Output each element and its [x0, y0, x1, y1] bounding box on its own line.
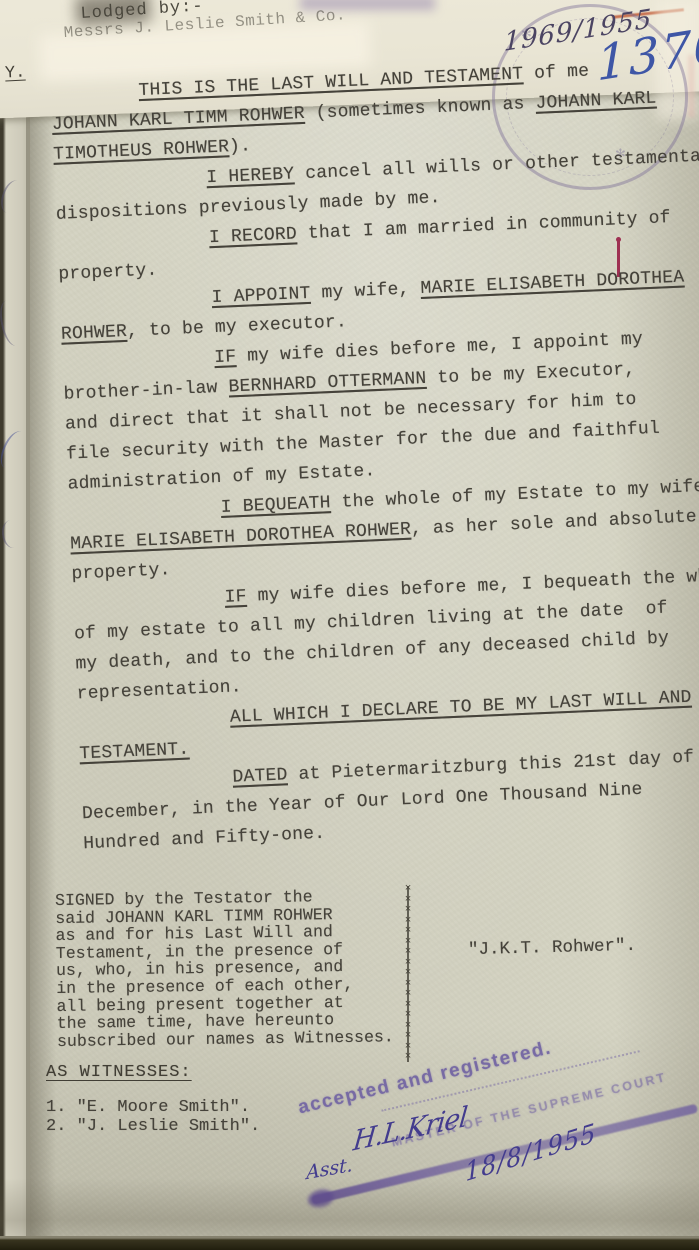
typed-text: ).: [229, 136, 252, 157]
underlined-phrase: ROHWER: [61, 322, 128, 345]
margin-text-fragment: Y.: [5, 63, 26, 83]
typed-text: Hundred and Fifty-one.: [83, 824, 326, 855]
chain-stitch-glyph: ×: [402, 884, 414, 895]
chain-stitch-glyph: ×: [402, 979, 414, 990]
typed-text: of me: [523, 61, 590, 84]
underlined-phrase: JOHANN KARL: [535, 89, 657, 114]
underlined-phrase: JOHANN KARL TIMM ROHWER: [52, 104, 306, 135]
underlined-phrase: I RECORD: [209, 224, 298, 248]
underlined-phrase: I BEQUEATH: [220, 493, 331, 518]
typed-text: my wife,: [310, 279, 421, 304]
chain-stitch-glyph: ×: [402, 968, 414, 979]
witnesses-list: 1. "E. Moore Smith".2. "J. Leslie Smith"…: [46, 1098, 260, 1136]
chain-stitch-glyph: ×: [402, 958, 414, 969]
scanned-will-page: Lodged by:- Messrs J. Leslie Smith & Co.…: [0, 0, 699, 1250]
chain-stitch-glyph: ×: [402, 947, 414, 958]
typed-text: (sometimes known as: [304, 94, 536, 124]
chain-stitch-glyph: ×: [402, 1021, 414, 1032]
page-fold-shadow: [0, 1178, 699, 1238]
underlined-phrase: I APPOINT: [211, 284, 311, 308]
will-body: THIS IS THE LAST WILL AND TESTAMENT of m…: [50, 52, 699, 859]
underlined-phrase: TIMOTHEUS ROHWER: [53, 137, 230, 165]
underlined-phrase: BERNHARD OTTERMANN: [228, 369, 427, 398]
typed-text: property.: [58, 261, 158, 285]
desk-edge: [0, 1236, 699, 1250]
chain-stitch-glyph: ×: [402, 1010, 414, 1021]
witnesses-heading: AS WITNESSES:: [46, 1063, 260, 1082]
chain-stitch-glyph: ×: [402, 937, 414, 948]
typed-text: to be my Executor,: [426, 360, 636, 389]
underlined-phrase: DATED: [232, 765, 288, 787]
attestation-clause: SIGNED by the Testator thesaid JOHANN KA…: [55, 887, 417, 1050]
chain-stitch-glyph: ×: [402, 1052, 414, 1063]
underlined-phrase: TESTAMENT.: [79, 740, 190, 765]
chain-stitch-glyph: ×: [402, 1000, 414, 1011]
chain-stitch-glyph: ×: [402, 895, 414, 906]
typed-text: representation.: [76, 677, 242, 704]
witness-item: 2. "J. Leslie Smith".: [46, 1117, 260, 1136]
brace-divider: ×××××××××××××××××: [402, 884, 414, 1064]
chain-stitch-glyph: ×: [402, 926, 414, 937]
witnesses-section: AS WITNESSES: 1. "E. Moore Smith".2. "J.…: [46, 1063, 260, 1136]
witness-item: 1. "E. Moore Smith".: [46, 1098, 260, 1117]
chain-stitch-glyph: ×: [402, 916, 414, 927]
chain-stitch-glyph: ×: [402, 989, 414, 1000]
chain-stitch-glyph: ×: [402, 1042, 414, 1053]
underlined-phrase: IF: [224, 587, 247, 608]
typed-text: brother-in-law: [63, 378, 229, 405]
typed-text: property.: [71, 560, 171, 584]
chain-stitch-glyph: ×: [402, 1031, 414, 1042]
underlined-phrase: IF: [214, 347, 237, 368]
typed-text: , to be my executor.: [127, 312, 348, 342]
chain-stitch-glyph: ×: [402, 905, 414, 916]
underlined-phrase: I HEREBY: [206, 164, 295, 188]
